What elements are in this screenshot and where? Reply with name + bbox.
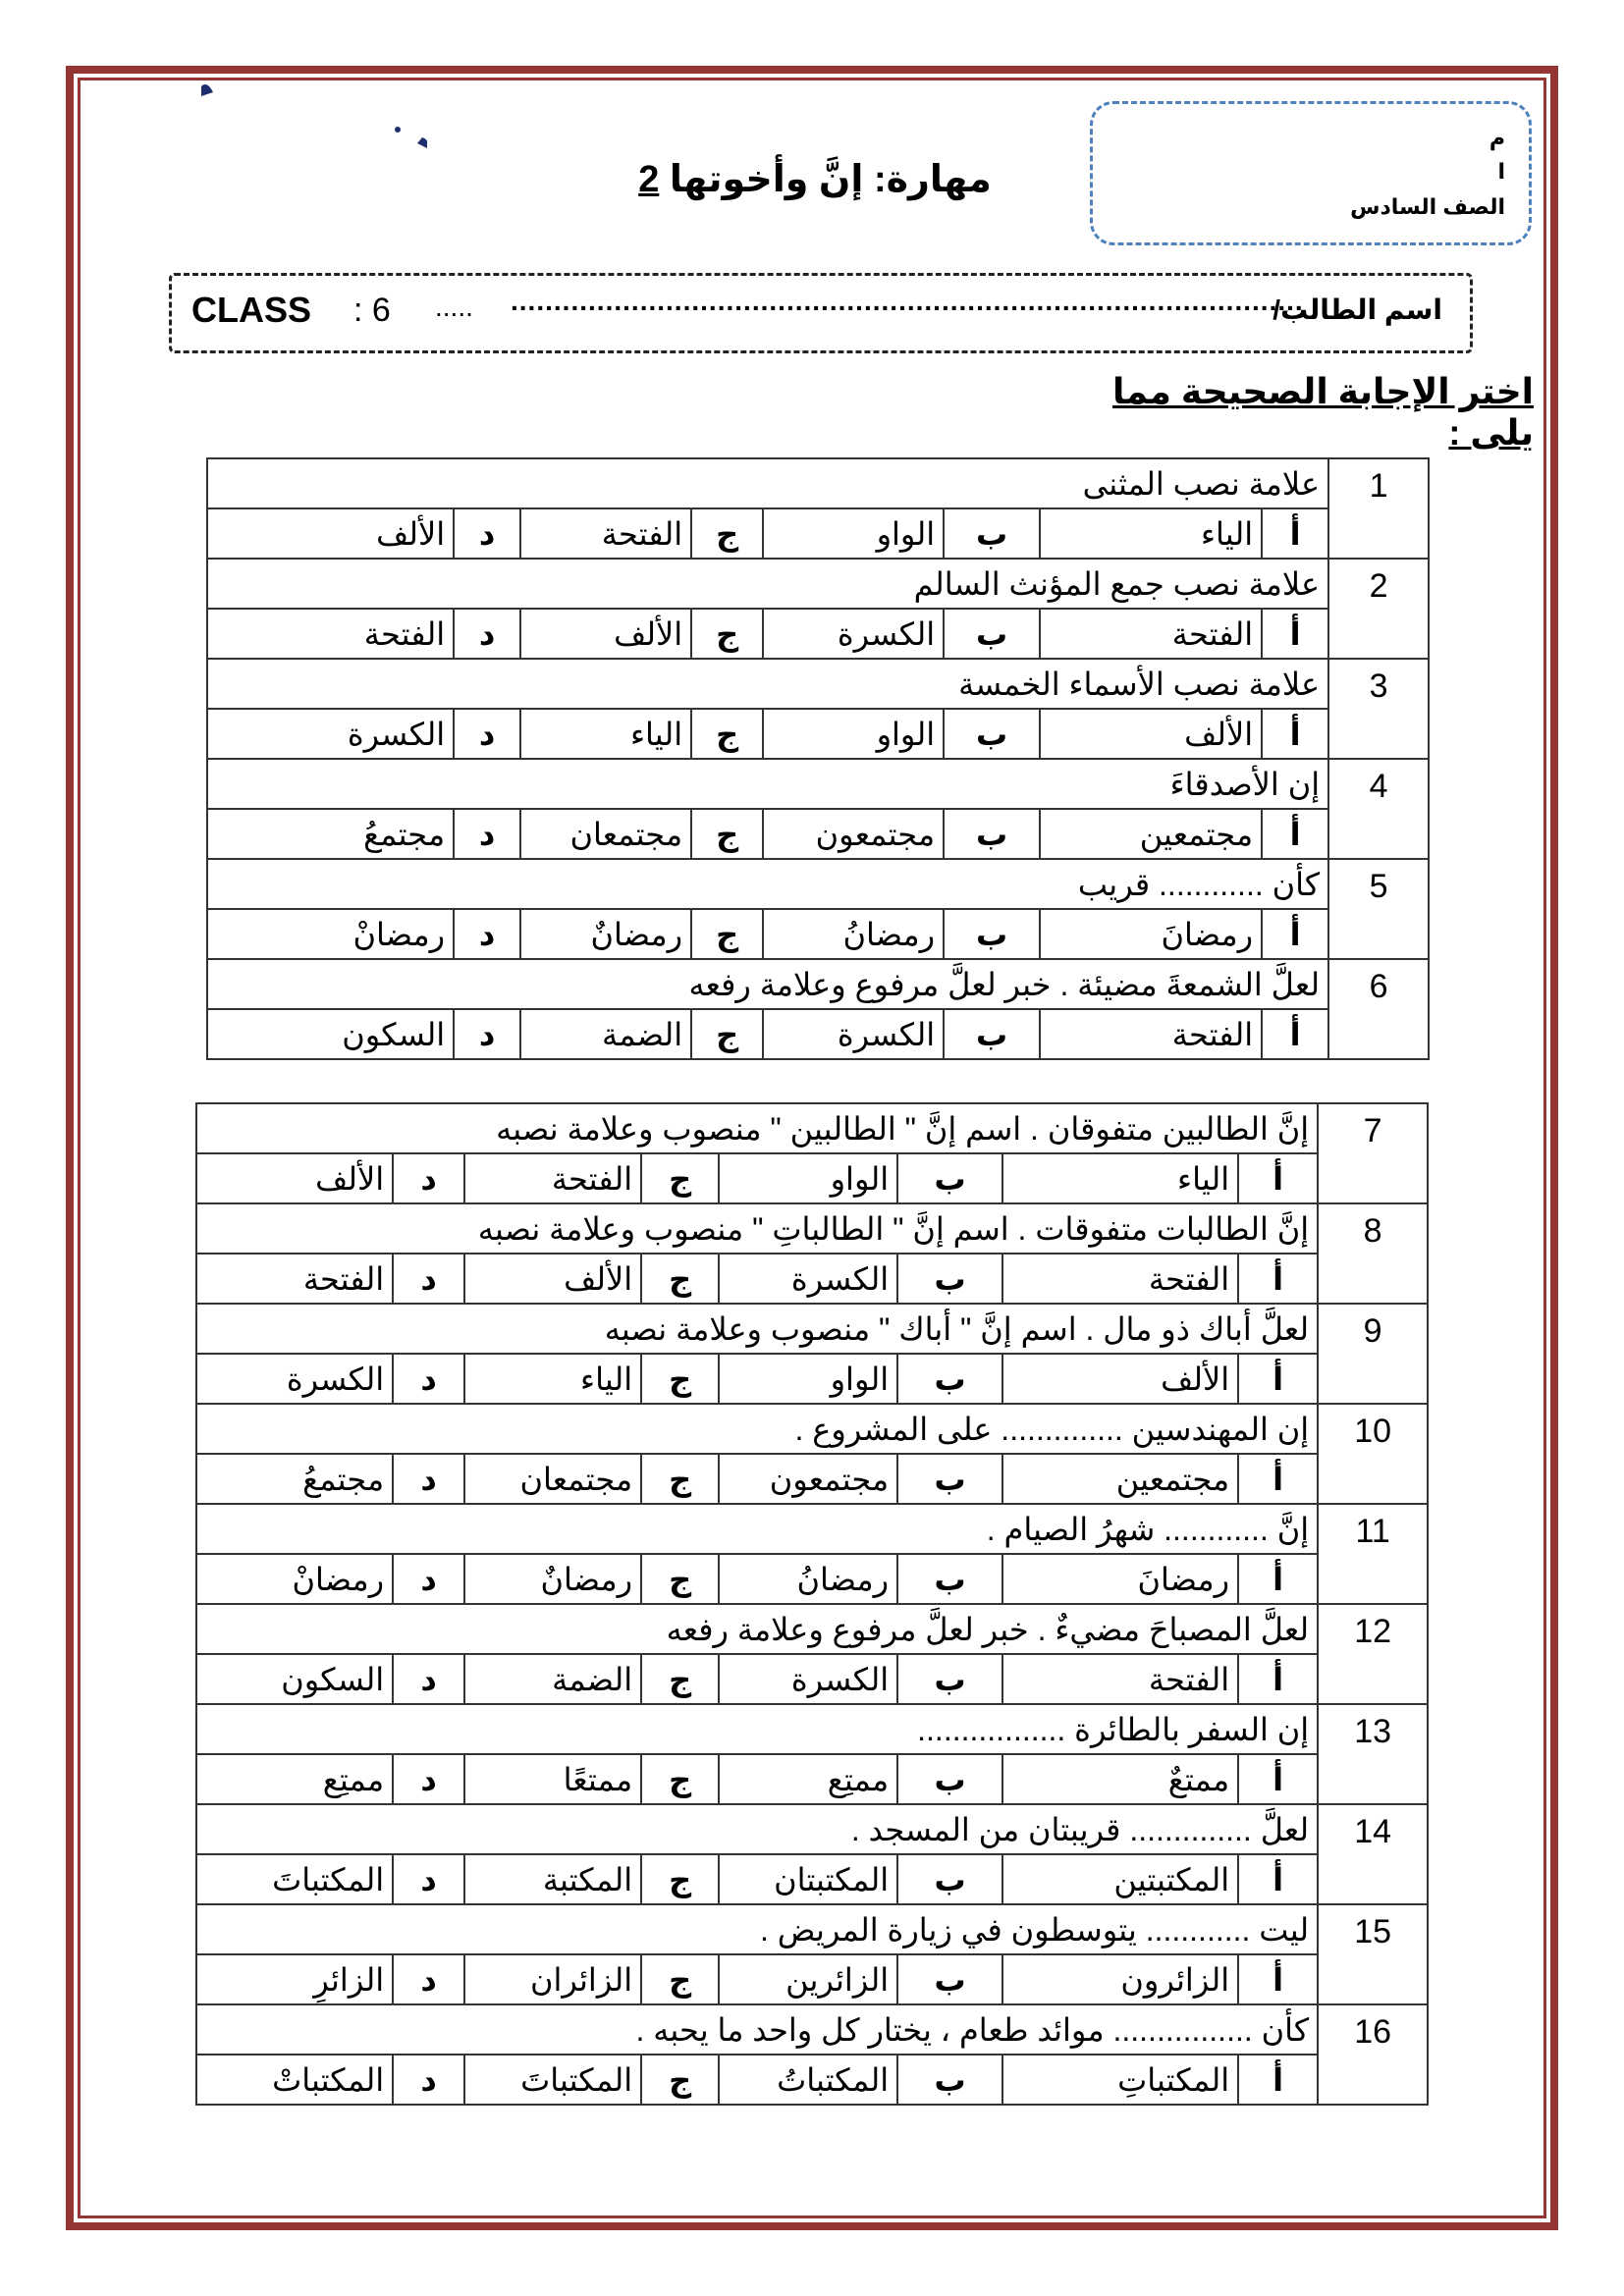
- answer-option[interactable]: مجتمعان: [464, 1454, 641, 1504]
- question-row: 12لعلَّ المصباحَ مضيءٌ . خبر لعلَّ مرفوع…: [196, 1604, 1428, 1654]
- option-letter: أ: [1238, 1254, 1318, 1304]
- answer-option[interactable]: الفتحة: [1002, 1654, 1238, 1704]
- question-row: 9لعلَّ أباك ذو مال . اسم إنَّ " أباك " م…: [196, 1304, 1428, 1354]
- options-row: أالياءبالواوجالفتحةدالألف: [196, 1153, 1428, 1203]
- answer-option[interactable]: الألف: [196, 1153, 393, 1203]
- option-letter: ج: [691, 709, 763, 759]
- answer-option[interactable]: الكسرة: [763, 609, 944, 659]
- answer-option[interactable]: رمضانَ: [1002, 1554, 1238, 1604]
- options-row: أالمكتباتِبالمكتباتُجالمكتباتَدالمكتباتْ: [196, 2055, 1428, 2105]
- option-letter: أ: [1238, 1754, 1318, 1804]
- question-text: إن الأصدقاءَ: [207, 759, 1328, 809]
- question-text: لعلَّ الشمعةَ مضيئة . خبر لعلَّ مرفوع وع…: [207, 959, 1328, 1009]
- school-logo: [172, 79, 427, 226]
- worksheet-title: مهارة: إنَّ وأخوتها 2: [628, 157, 1001, 201]
- answer-option[interactable]: الزائران: [464, 1954, 641, 2004]
- option-letter: ب: [897, 1854, 1002, 1904]
- question-text: لعلَّ المصباحَ مضيءٌ . خبر لعلَّ مرفوع و…: [196, 1604, 1318, 1654]
- option-letter: أ: [1238, 1153, 1318, 1203]
- answer-option[interactable]: المكتبتان: [719, 1854, 897, 1904]
- question-number: 9: [1318, 1304, 1428, 1404]
- answer-option[interactable]: الفتحة: [1040, 609, 1262, 659]
- title-number: 2: [638, 159, 659, 200]
- questions-table-2: 7إنَّ الطالبين متفوقان . اسم إنَّ " الطا…: [195, 1102, 1429, 2106]
- option-letter: ج: [641, 2055, 719, 2105]
- question-number: 1: [1328, 458, 1429, 559]
- question-row: 5كأن ............ قريب: [207, 859, 1429, 909]
- option-letter: ب: [944, 809, 1040, 859]
- answer-option[interactable]: الياء: [1002, 1153, 1238, 1203]
- answer-option[interactable]: المكتبتين: [1002, 1854, 1238, 1904]
- option-letter: د: [454, 508, 520, 559]
- answer-option[interactable]: المكتباتَ: [196, 1854, 393, 1904]
- info-line-2: ا: [1497, 159, 1505, 185]
- questions-table-1: 1علامة نصب المثنىأالياءبالواوجالفتحةدالأ…: [206, 457, 1430, 1060]
- question-number: 14: [1318, 1804, 1428, 1904]
- option-letter: د: [393, 1254, 464, 1304]
- answer-option[interactable]: الزائرين: [719, 1954, 897, 2004]
- option-letter: ج: [641, 1754, 719, 1804]
- question-text: إنَّ ............ شهرُ الصيام .: [196, 1504, 1318, 1554]
- options-row: أرمضانَبرمضانُجرمضانٌدرمضانْ: [207, 909, 1429, 959]
- answer-option[interactable]: مجتمعين: [1040, 809, 1262, 859]
- options-row: أالفتحةبالكسرةجالضمةدالسكون: [207, 1009, 1429, 1059]
- option-letter: ب: [944, 609, 1040, 659]
- question-row: 10إن المهندسين .............. على المشرو…: [196, 1404, 1428, 1454]
- option-letter: د: [393, 1354, 464, 1404]
- answer-option[interactable]: السكون: [207, 1009, 454, 1059]
- school-info-box: م ا الصف السادس: [1090, 101, 1532, 245]
- question-number: 13: [1318, 1704, 1428, 1804]
- answer-option[interactable]: الياء: [464, 1354, 641, 1404]
- answer-option[interactable]: المكتباتِ: [1002, 2055, 1238, 2105]
- option-letter: د: [393, 1854, 464, 1904]
- option-letter: ج: [641, 1153, 719, 1203]
- answer-option[interactable]: مجتمعُ: [207, 809, 454, 859]
- answer-option[interactable]: الألف: [1040, 709, 1262, 759]
- options-row: أالفتحةبالكسرةجالألفدالفتحة: [207, 609, 1429, 659]
- answer-option[interactable]: الألف: [1002, 1354, 1238, 1404]
- option-letter: أ: [1238, 1654, 1318, 1704]
- option-letter: د: [454, 809, 520, 859]
- question-number: 11: [1318, 1504, 1428, 1604]
- answer-option[interactable]: رمضانٌ: [520, 909, 691, 959]
- question-text: لعلَّ أباك ذو مال . اسم إنَّ " أباك " من…: [196, 1304, 1318, 1354]
- class-label: CLASS: [191, 290, 311, 331]
- option-letter: أ: [1262, 1009, 1328, 1059]
- answer-option[interactable]: الفتحة: [207, 609, 454, 659]
- answer-option[interactable]: المكتباتَ: [464, 2055, 641, 2105]
- option-letter: ب: [897, 1153, 1002, 1203]
- options-row: أالزائرونبالزائرينجالزائراندالزائرِ: [196, 1954, 1428, 2004]
- question-row: 6لعلَّ الشمعةَ مضيئة . خبر لعلَّ مرفوع و…: [207, 959, 1429, 1009]
- options-row: أالفتحةبالكسرةجالضمةدالسكون: [196, 1654, 1428, 1704]
- question-number: 3: [1328, 659, 1429, 759]
- options-row: أالياءبالواوجالفتحةدالألف: [207, 508, 1429, 559]
- options-row: أالألفبالواوجالياءدالكسرة: [207, 709, 1429, 759]
- question-text: كأن ............ قريب: [207, 859, 1328, 909]
- student-name-field[interactable]: ........................................…: [511, 286, 1414, 317]
- option-letter: ج: [691, 1009, 763, 1059]
- option-letter: ج: [691, 809, 763, 859]
- answer-option[interactable]: الياء: [520, 709, 691, 759]
- answer-option[interactable]: الفتحة: [196, 1254, 393, 1304]
- options-row: أالمكتبتينبالمكتبتانجالمكتبةدالمكتباتَ: [196, 1854, 1428, 1904]
- instruction-heading: اختر الإجابة الصحيحة مما يلى :: [1060, 371, 1534, 454]
- answer-option[interactable]: رمضانْ: [207, 909, 454, 959]
- option-letter: د: [454, 1009, 520, 1059]
- option-letter: أ: [1262, 909, 1328, 959]
- option-letter: أ: [1262, 609, 1328, 659]
- question-row: 7إنَّ الطالبين متفوقان . اسم إنَّ " الطا…: [196, 1103, 1428, 1153]
- title-text: مهارة: إنَّ وأخوتها: [659, 159, 991, 200]
- question-text: إن المهندسين .............. على المشروع …: [196, 1404, 1318, 1454]
- option-letter: د: [393, 1153, 464, 1203]
- answer-option[interactable]: ممتعًا: [464, 1754, 641, 1804]
- options-row: أمجتمعينبمجتمعونجمجتمعاندمجتمعُ: [207, 809, 1429, 859]
- question-text: إنَّ الطالبات متفوقات . اسم إنَّ " الطال…: [196, 1203, 1318, 1254]
- question-text: ليت ............ يتوسطون في زيارة المريض…: [196, 1904, 1318, 1954]
- options-row: أرمضانَبرمضانُجرمضانٌدرمضانْ: [196, 1554, 1428, 1604]
- option-letter: ج: [641, 1954, 719, 2004]
- student-info-box: اسم الطالب/ ............................…: [169, 273, 1473, 353]
- question-text: إن السفر بالطائرة .................: [196, 1704, 1318, 1754]
- option-letter: د: [393, 1554, 464, 1604]
- question-text: علامة نصب الأسماء الخمسة: [207, 659, 1328, 709]
- grade-label: الصف السادس: [1350, 194, 1505, 220]
- option-letter: أ: [1262, 709, 1328, 759]
- answer-option[interactable]: رمضانْ: [196, 1554, 393, 1604]
- option-letter: ب: [944, 909, 1040, 959]
- answer-option[interactable]: رمضانَ: [1040, 909, 1262, 959]
- answer-option[interactable]: المكتباتُ: [719, 2055, 897, 2105]
- option-letter: ب: [897, 2055, 1002, 2105]
- answer-option[interactable]: الزائرِ: [196, 1954, 393, 2004]
- option-letter: أ: [1238, 1954, 1318, 2004]
- option-letter: أ: [1262, 809, 1328, 859]
- option-letter: أ: [1238, 1854, 1318, 1904]
- question-number: 7: [1318, 1103, 1428, 1203]
- answer-option[interactable]: الواو: [719, 1354, 897, 1404]
- answer-option[interactable]: مجتمعُ: [196, 1454, 393, 1504]
- answer-option[interactable]: رمضانُ: [719, 1554, 897, 1604]
- answer-option[interactable]: الضمة: [520, 1009, 691, 1059]
- class-section-field[interactable]: .....: [435, 292, 473, 323]
- answer-option[interactable]: الكسرة: [196, 1354, 393, 1404]
- answer-option[interactable]: مجتمعون: [763, 809, 944, 859]
- answer-option[interactable]: المكتباتْ: [196, 2055, 393, 2105]
- question-row: 14لعلَّ .............. قريبتان من المسجد…: [196, 1804, 1428, 1854]
- answer-option[interactable]: الكسرة: [719, 1654, 897, 1704]
- question-number: 16: [1318, 2004, 1428, 2105]
- answer-option[interactable]: المكتبة: [464, 1854, 641, 1904]
- option-letter: ب: [897, 1454, 1002, 1504]
- option-letter: أ: [1238, 1454, 1318, 1504]
- answer-option[interactable]: مجتمعون: [719, 1454, 897, 1504]
- question-text: علامة نصب المثنى: [207, 458, 1328, 508]
- question-number: 6: [1328, 959, 1429, 1059]
- option-letter: د: [454, 609, 520, 659]
- question-number: 4: [1328, 759, 1429, 859]
- question-row: 1علامة نصب المثنى: [207, 458, 1429, 508]
- option-letter: د: [393, 1654, 464, 1704]
- question-number: 10: [1318, 1404, 1428, 1504]
- option-letter: ج: [641, 1854, 719, 1904]
- answer-option[interactable]: السكون: [196, 1654, 393, 1704]
- answer-option[interactable]: مجتمعين: [1002, 1454, 1238, 1504]
- question-text: لعلَّ .............. قريبتان من المسجد .: [196, 1804, 1318, 1854]
- answer-option[interactable]: الزائرون: [1002, 1954, 1238, 2004]
- question-row: 15ليت ............ يتوسطون في زيارة المر…: [196, 1904, 1428, 1954]
- question-number: 15: [1318, 1904, 1428, 2004]
- answer-option[interactable]: الضمة: [464, 1654, 641, 1704]
- question-number: 12: [1318, 1604, 1428, 1704]
- option-letter: أ: [1238, 2055, 1318, 2105]
- option-letter: ب: [944, 1009, 1040, 1059]
- question-text: علامة نصب جمع المؤنث السالم: [207, 559, 1328, 609]
- question-text: إنَّ الطالبين متفوقان . اسم إنَّ " الطال…: [196, 1103, 1318, 1153]
- option-letter: ب: [897, 1254, 1002, 1304]
- option-letter: أ: [1238, 1354, 1318, 1404]
- option-letter: د: [393, 2055, 464, 2105]
- option-letter: ب: [897, 1654, 1002, 1704]
- option-letter: ب: [944, 508, 1040, 559]
- question-number: 2: [1328, 559, 1429, 659]
- answer-option[interactable]: الكسرة: [719, 1254, 897, 1304]
- option-letter: ب: [897, 1954, 1002, 2004]
- answer-option[interactable]: الواو: [719, 1153, 897, 1203]
- options-row: أالألفبالواوجالياءدالكسرة: [196, 1354, 1428, 1404]
- option-letter: ب: [897, 1754, 1002, 1804]
- answer-option[interactable]: الفتحة: [1002, 1254, 1238, 1304]
- option-letter: د: [454, 909, 520, 959]
- info-line-1: م: [1489, 126, 1505, 151]
- answer-option[interactable]: الياء: [1040, 508, 1262, 559]
- option-letter: أ: [1238, 1554, 1318, 1604]
- class-value: : 6: [353, 292, 391, 330]
- answer-option[interactable]: الفتحة: [1040, 1009, 1262, 1059]
- option-letter: ج: [641, 1354, 719, 1404]
- answer-option[interactable]: الفتحة: [520, 508, 691, 559]
- option-letter: د: [454, 709, 520, 759]
- option-letter: د: [393, 1954, 464, 2004]
- answer-option[interactable]: الواو: [763, 709, 944, 759]
- option-letter: ج: [641, 1554, 719, 1604]
- answer-option[interactable]: ممتِع: [196, 1754, 393, 1804]
- options-row: أممتعٌبممتِعجممتعًادممتِع: [196, 1754, 1428, 1804]
- option-letter: ج: [641, 1654, 719, 1704]
- answer-option[interactable]: الكسرة: [763, 1009, 944, 1059]
- question-row: 8إنَّ الطالبات متفوقات . اسم إنَّ " الطا…: [196, 1203, 1428, 1254]
- answer-option[interactable]: الألف: [520, 609, 691, 659]
- answer-option[interactable]: الواو: [763, 508, 944, 559]
- option-letter: ج: [691, 609, 763, 659]
- option-letter: ج: [641, 1254, 719, 1304]
- option-letter: ب: [897, 1354, 1002, 1404]
- question-number: 5: [1328, 859, 1429, 959]
- question-row: 13إن السفر بالطائرة .................: [196, 1704, 1428, 1754]
- option-letter: ج: [691, 508, 763, 559]
- question-row: 3علامة نصب الأسماء الخمسة: [207, 659, 1429, 709]
- question-number: 8: [1318, 1203, 1428, 1304]
- answer-option[interactable]: الفتحة: [464, 1153, 641, 1203]
- answer-option[interactable]: رمضانُ: [763, 909, 944, 959]
- option-letter: ج: [691, 909, 763, 959]
- option-letter: أ: [1262, 508, 1328, 559]
- options-row: أالفتحةبالكسرةجالألفدالفتحة: [196, 1254, 1428, 1304]
- option-letter: ب: [897, 1554, 1002, 1604]
- question-row: 16كأن ................ موائد طعام ، يختا…: [196, 2004, 1428, 2055]
- question-row: 4إن الأصدقاءَ: [207, 759, 1429, 809]
- answer-option[interactable]: الكسرة: [207, 709, 454, 759]
- option-letter: د: [393, 1754, 464, 1804]
- question-text: كأن ................ موائد طعام ، يختار …: [196, 2004, 1318, 2055]
- option-letter: ب: [944, 709, 1040, 759]
- option-letter: د: [393, 1454, 464, 1504]
- answer-option[interactable]: الألف: [464, 1254, 641, 1304]
- question-row: 11إنَّ ............ شهرُ الصيام .: [196, 1504, 1428, 1554]
- option-letter: ج: [641, 1454, 719, 1504]
- answer-option[interactable]: رمضانٌ: [464, 1554, 641, 1604]
- answer-option[interactable]: الألف: [207, 508, 454, 559]
- answer-option[interactable]: ممتعٌ: [1002, 1754, 1238, 1804]
- answer-option[interactable]: مجتمعان: [520, 809, 691, 859]
- answer-option[interactable]: ممتِع: [719, 1754, 897, 1804]
- options-row: أمجتمعينبمجتمعونجمجتمعاندمجتمعُ: [196, 1454, 1428, 1504]
- question-row: 2علامة نصب جمع المؤنث السالم: [207, 559, 1429, 609]
